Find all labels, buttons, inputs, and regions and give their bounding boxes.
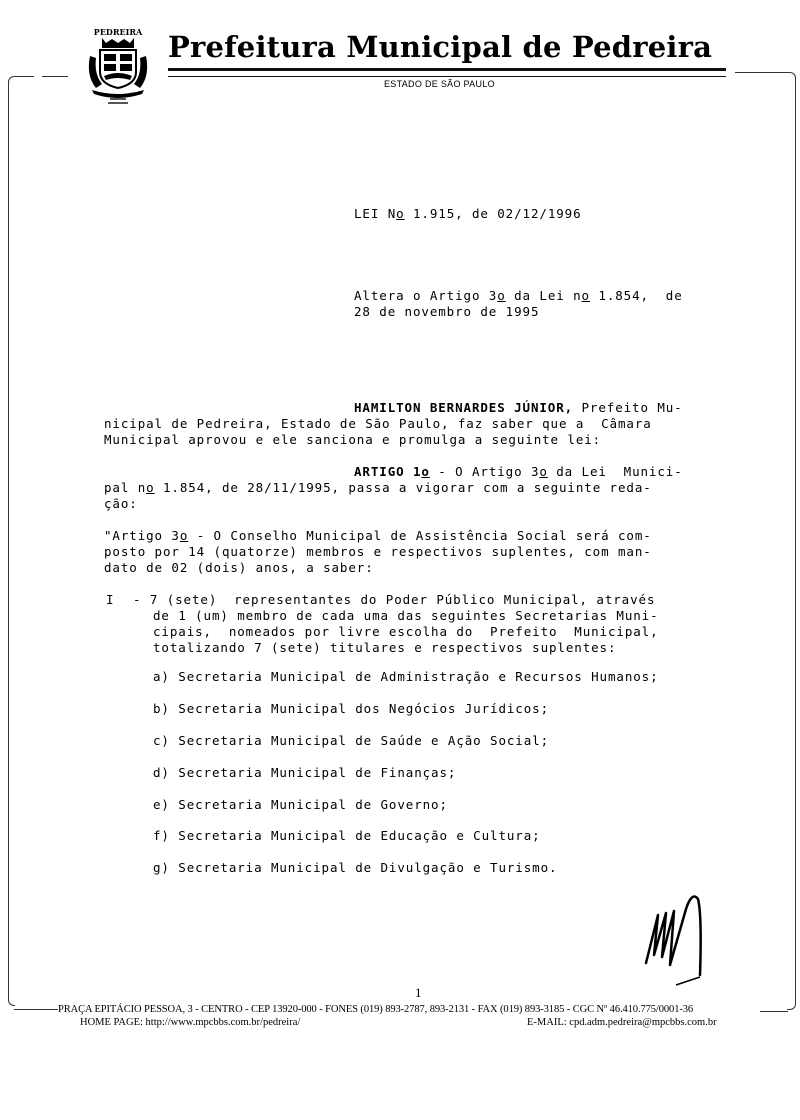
preamble-line-1: HAMILTON BERNARDES JÚNIOR, Prefeito Mu- xyxy=(354,400,683,415)
article1-line-2: pal no 1.854, de 28/11/1995, passa a vig… xyxy=(104,480,652,495)
secretaria-item: g) Secretaria Municipal de Divulgação e … xyxy=(153,860,557,875)
svg-text:PEDREIRA: PEDREIRA xyxy=(94,27,143,37)
footer-address: PRAÇA EPITÁCIO PESSOA, 3 - CENTRO - CEP … xyxy=(58,1004,693,1015)
border-right xyxy=(787,72,796,1010)
border-top-left xyxy=(14,76,34,77)
article3-line-3: dato de 02 (dois) anos, a saber: xyxy=(104,560,374,575)
municipal-coat-of-arms-icon: PEDREIRA xyxy=(82,26,154,106)
item-I-line-4: totalizando 7 (sete) titulares e respect… xyxy=(153,640,616,655)
preamble-line-2: nicipal de Pedreira, Estado de São Paulo… xyxy=(104,416,652,431)
secretaria-item: a) Secretaria Municipal de Administração… xyxy=(153,669,659,684)
article3-line-2: posto por 14 (quatorze) membros e respec… xyxy=(104,544,652,559)
footer-rule-right xyxy=(760,1011,788,1012)
secretaria-item: c) Secretaria Municipal de Saúde e Ação … xyxy=(153,733,549,748)
page-number: 1 xyxy=(415,985,422,1001)
footer-rule-left xyxy=(14,1009,58,1010)
border-top-left-2 xyxy=(42,76,68,77)
item-numeral: I xyxy=(106,592,114,607)
footer-homepage: HOME PAGE: http://www.mpcbbs.com.br/pedr… xyxy=(80,1017,300,1028)
secretaria-item: e) Secretaria Municipal de Governo; xyxy=(153,797,448,812)
article1-line-3: ção: xyxy=(104,496,138,511)
law-title: LEI No 1.915, de 02/12/1996 xyxy=(354,206,582,221)
preamble-line-3: Municipal aprovou e ele sanciona e promu… xyxy=(104,432,601,447)
secretaria-item: d) Secretaria Municipal de Finanças; xyxy=(153,765,456,780)
ementa-line-1: Altera o Artigo 3o da Lei no 1.854, de xyxy=(354,288,683,303)
header-subtitle: ESTADO DE SÃO PAULO xyxy=(384,79,495,89)
page-title: Prefeitura Municipal de Pedreira xyxy=(168,30,712,64)
item-I-line-3: cipais, nomeados por livre escolha do Pr… xyxy=(153,624,659,639)
footer-email: E-MAIL: cpd.adm.pedreira@mpcbbs.com.br xyxy=(527,1017,717,1028)
ementa-line-2: 28 de novembro de 1995 xyxy=(354,304,539,319)
signature-icon xyxy=(640,885,720,995)
article1-line-1: ARTIGO 1o - O Artigo 3o da Lei Munici- xyxy=(354,464,683,479)
border-top-right xyxy=(735,72,788,73)
item-I-line-1: - 7 (sete) representantes do Poder Públi… xyxy=(133,592,655,607)
border-left xyxy=(8,76,15,1006)
secretaria-item: f) Secretaria Municipal de Educação e Cu… xyxy=(153,828,541,843)
secretaria-item: b) Secretaria Municipal dos Negócios Jur… xyxy=(153,701,549,716)
article3-line-1: "Artigo 3o - O Conselho Municipal de Ass… xyxy=(104,528,652,543)
item-I-line-2: de 1 (um) membro de cada uma das seguint… xyxy=(153,608,659,623)
header-divider xyxy=(168,68,726,77)
